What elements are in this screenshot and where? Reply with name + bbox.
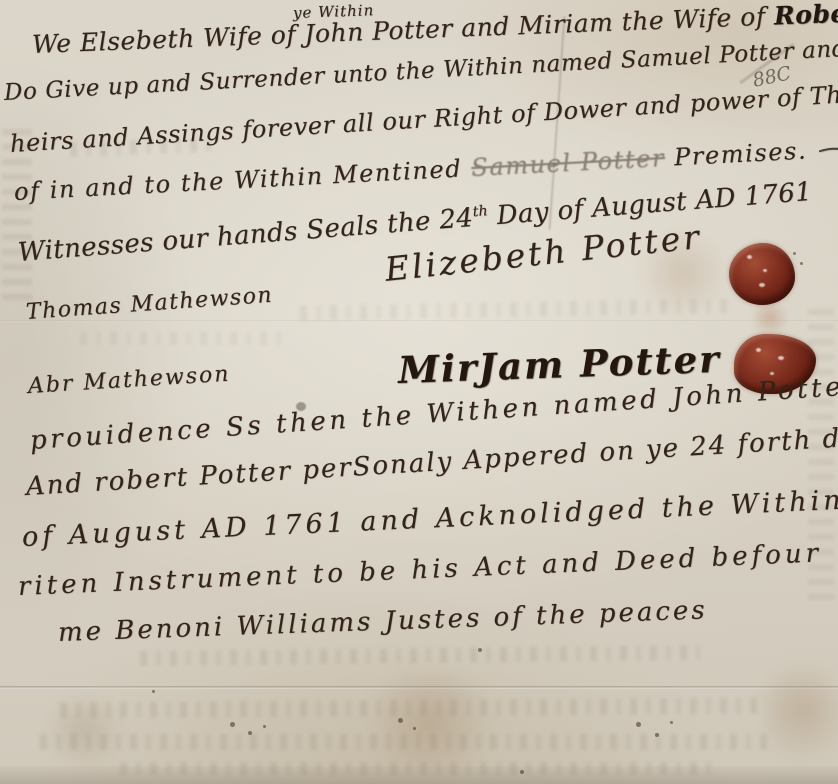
ink-speck (478, 648, 482, 652)
fold-crease (0, 320, 838, 322)
witness-signature-thomas-mathewson: Thomas Mathewson (25, 283, 274, 325)
paper-edge-shading (0, 766, 838, 784)
manuscript-page: ye Within We Elsebeth Wife of John Potte… (0, 0, 838, 784)
fold-crease (0, 686, 838, 689)
bleed-through-texture (140, 645, 700, 666)
wax-seal (729, 243, 795, 305)
struck-through-name: Samuel Potter (471, 144, 666, 182)
deed-line-4-text: of in and to the Within Mentined (13, 155, 463, 206)
bleed-through-texture (80, 332, 290, 345)
paper-stain (765, 650, 838, 770)
wax-seal-highlight (763, 269, 767, 272)
ink-speck (655, 733, 659, 737)
bleed-through-texture (300, 298, 730, 321)
ink-speck (413, 727, 416, 730)
bleed-through-texture (40, 734, 770, 750)
wax-seal-highlight (778, 356, 784, 360)
acknowledgement-line-5: me Benoni Williams Justes of the peaces (57, 595, 708, 648)
bleed-through-texture (60, 698, 760, 719)
ink-speck (636, 722, 641, 727)
paper-stain (355, 672, 505, 772)
ink-speck (152, 690, 155, 693)
pen-flourish: ~ (810, 133, 838, 164)
ordinal-superscript: th (472, 203, 488, 220)
ink-speck (230, 722, 235, 727)
witness-signature-abr-mathewson: Abr Mathewson (27, 362, 231, 399)
paper-stain (36, 700, 131, 762)
ink-speck (520, 770, 524, 774)
ink-speck (398, 718, 403, 723)
deed-line-4-end: Premises. (673, 136, 807, 171)
ink-speck (793, 252, 796, 255)
ink-speck (248, 731, 252, 735)
wax-seal-highlight (770, 372, 774, 375)
ink-speck (263, 725, 266, 728)
deed-line-1-text: We Elsebeth Wife of (31, 20, 296, 59)
paper-stain (748, 302, 792, 334)
wax-seal-highlight (756, 348, 761, 352)
deed-line-1-name-robert: Robert (773, 0, 838, 30)
wax-seal-highlight (747, 255, 752, 259)
bleed-through-texture (120, 762, 720, 775)
wax-seal-highlight (759, 283, 765, 287)
ink-speck (670, 721, 673, 724)
acknowledgement-line-4: riten Instrument to be his Act and Deed … (17, 538, 822, 602)
ink-speck (800, 262, 803, 265)
